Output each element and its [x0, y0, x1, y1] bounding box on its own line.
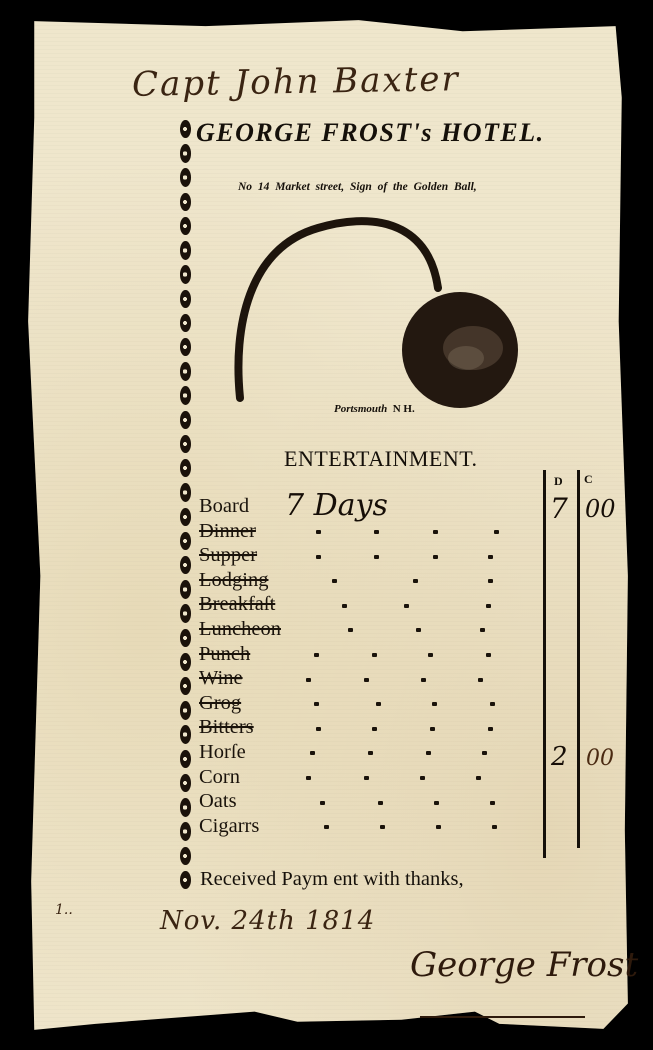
board-days-note: 7 Days: [285, 488, 388, 523]
list-item: Oats: [199, 789, 281, 814]
horse-cents: 00: [586, 746, 614, 771]
handwritten-addressee: Capt John Baxter: [132, 59, 460, 105]
list-item: Lodging: [199, 568, 281, 593]
margin-mark: 1..: [55, 902, 73, 918]
list-item: Board: [199, 494, 281, 519]
list-item: Luncheon: [199, 617, 281, 642]
board-cents: 00: [585, 495, 616, 523]
signature-underline: [420, 1016, 585, 1018]
date-written: Nov. 24th 1814: [160, 906, 375, 936]
list-item: Breakfaſt: [199, 592, 281, 617]
list-item: Cigarrs: [199, 814, 281, 839]
board-dollars: 7: [550, 492, 568, 525]
list-item: Wine: [199, 666, 281, 691]
hotel-address: No 14 Market street, Sign of the Golden …: [238, 181, 477, 193]
signature: George Frost: [410, 945, 638, 985]
list-item: Bitters: [199, 715, 281, 740]
list-item: Supper: [199, 543, 281, 568]
hotel-title: GEORGE FROST's HOTEL.: [196, 118, 545, 148]
received-payment-text: Received Paym ent with thanks,: [200, 868, 464, 891]
dollars-column-rule: [543, 470, 546, 858]
cents-column-rule: [577, 470, 580, 848]
list-item: Dinner: [199, 519, 281, 544]
chain-border-ornament: [176, 120, 194, 895]
list-item: Grog: [199, 691, 281, 716]
section-title: ENTERTAINMENT.: [284, 446, 478, 472]
dollars-column-header: D: [554, 474, 563, 489]
town-label: Portsmouth N H.: [334, 403, 415, 415]
golden-ball-sign-icon: [228, 208, 528, 408]
list-item: Corn: [199, 765, 281, 790]
charges-list: Board Dinner Supper Lodging Breakfaſt Lu…: [199, 494, 281, 838]
cents-column-header: C: [584, 472, 593, 487]
horse-dollars: 2: [551, 742, 568, 772]
list-item: Horſe: [199, 740, 281, 765]
list-item: Punch: [199, 642, 281, 667]
